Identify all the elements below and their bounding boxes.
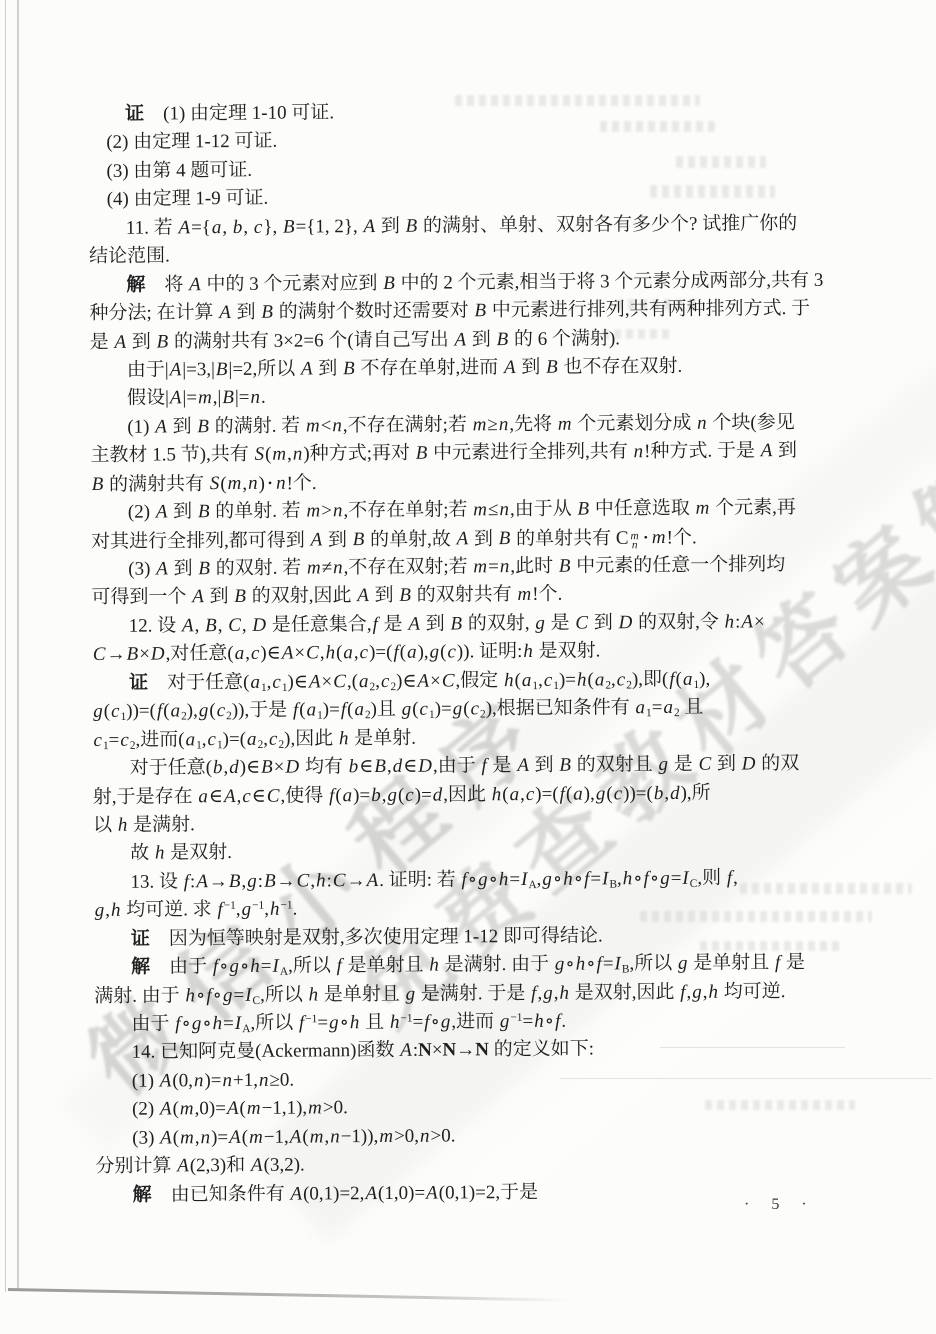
text-line: 11. 若 A={a, b, c}, B={1, 2}, A 到 B 的满射、单… xyxy=(89,209,855,243)
page-bottom-edge xyxy=(8,1288,568,1302)
text-line: 主教材 1.5 节),共有 S(m,n)种方式;再对 B 中元素进行全排列,共有… xyxy=(90,437,856,471)
text-line: 满射. 由于 h∘f∘g=IC,所以 h 是单射且 g 是满射. 于是 f,g,… xyxy=(94,977,860,1011)
scanned-page: 微信小程序 免费查教材答案解析 证 (1) 由定理 1-10 可证.(2) 由定… xyxy=(0,0,936,1334)
text-line: 对于任意(b,d)∈B×D 均有 b∈B,d∈D,由于 f 是 A 到 B 的双… xyxy=(93,750,859,784)
page-edge-line xyxy=(5,0,6,1292)
text-line: (3) A 到 B 的双射. 若 m≠n,不存在双射;若 m=n,此时 B 中元… xyxy=(91,551,857,585)
text-line: (2) A 到 B 的单射. 若 m>n,不存在单射;若 m≤n,由于从 B 中… xyxy=(91,494,857,528)
text-line: 12. 设 A, B, C, D 是任意集合,f 是 A 到 B 的双射, g … xyxy=(92,608,858,642)
page-edge-line xyxy=(17,0,19,1289)
page-text: 证 (1) 由定理 1-10 可证.(2) 由定理 1-12 可证.(3) 由第… xyxy=(88,96,862,1210)
page-number: · 5 · xyxy=(744,1196,816,1214)
text-line: 种分法; 在计算 A 到 B 的满射个数时还需要对 B 中元素进行排列,共有两种… xyxy=(89,295,855,329)
